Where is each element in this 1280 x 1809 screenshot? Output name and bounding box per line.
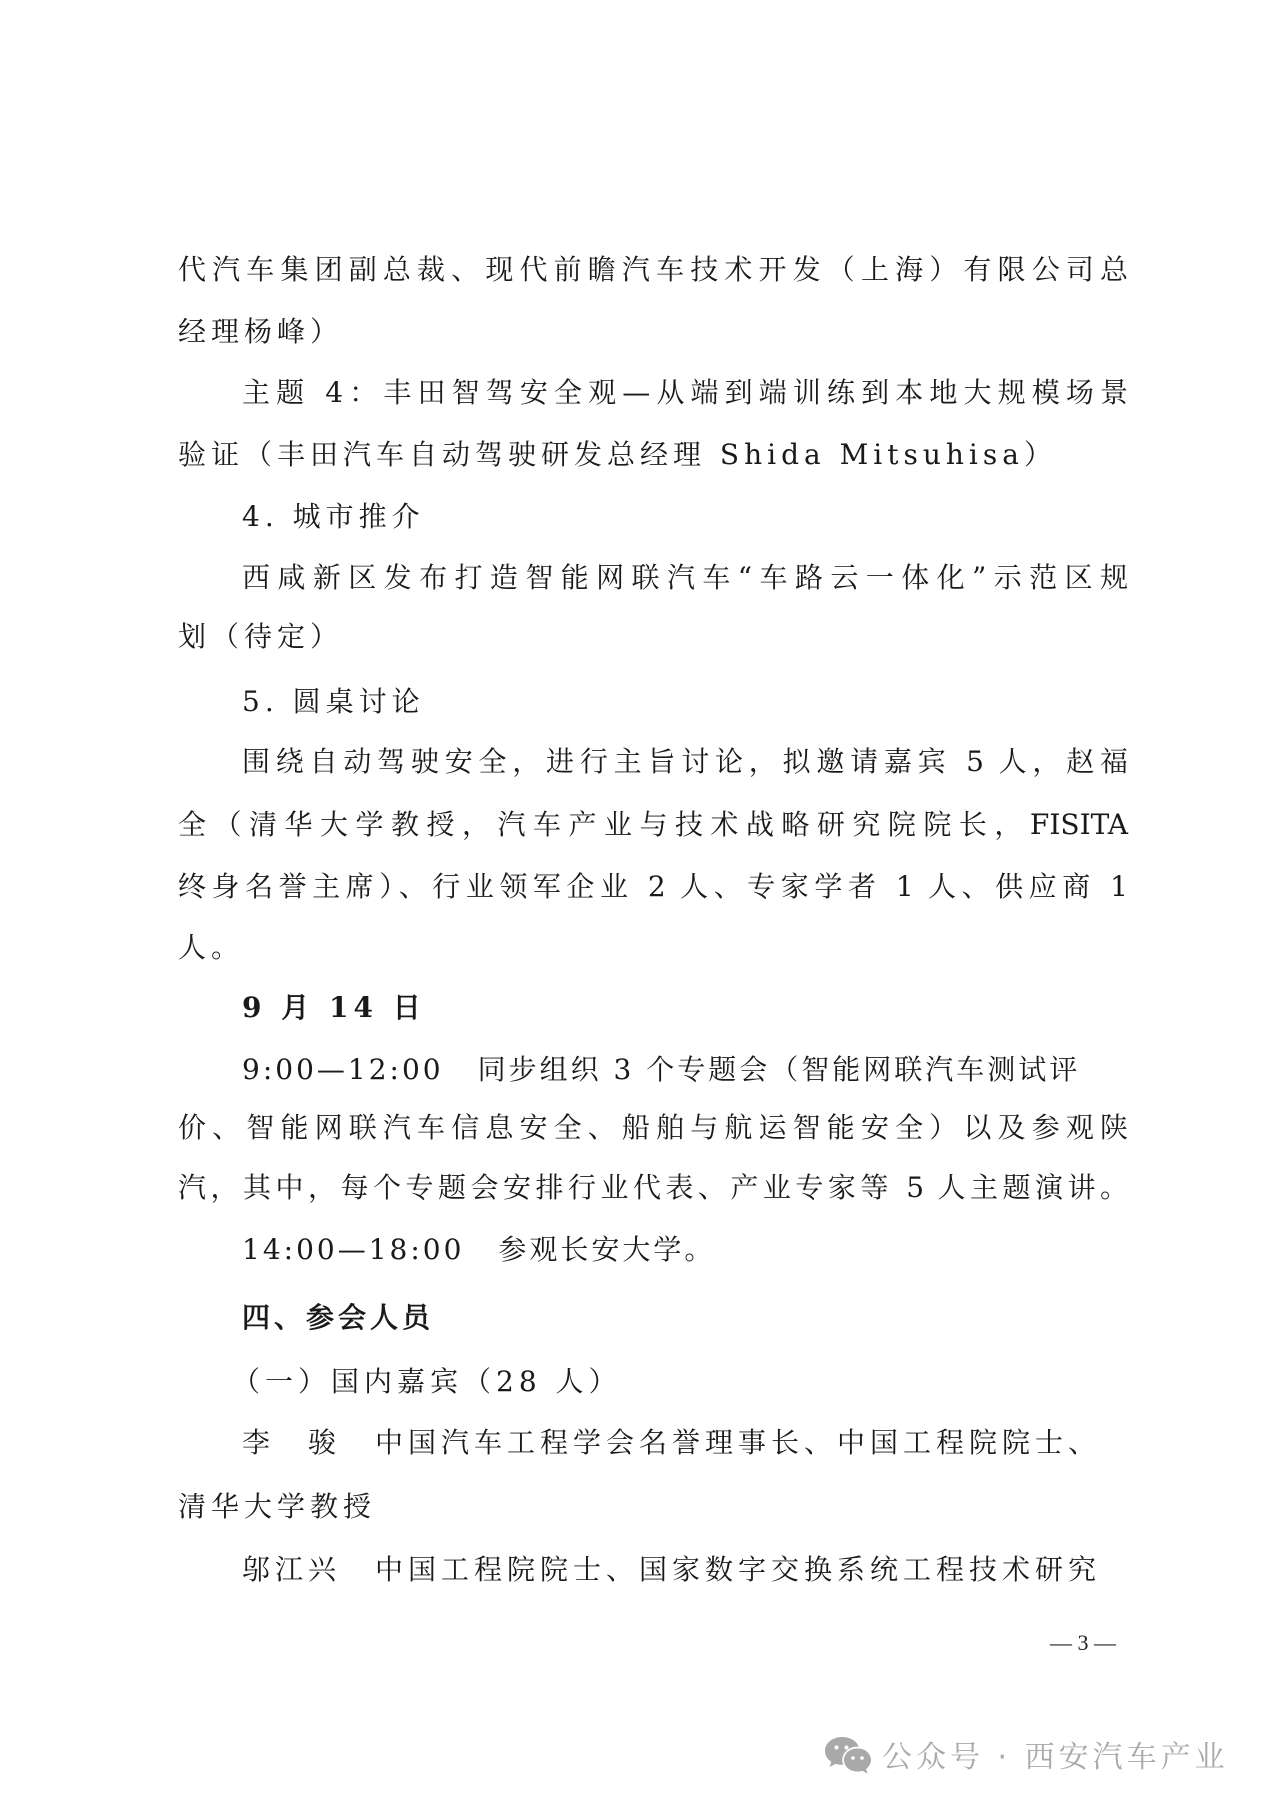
schedule-desc: 同步组织 3 个专题会（智能网联汽车测试评 (478, 1053, 1081, 1086)
text-line: 经理杨峰） (178, 312, 1128, 352)
item-roundtable-heading: 5. 圆桌讨论 (242, 682, 1128, 722)
text-line: 围绕自动驾驶安全，进行主旨讨论，拟邀请嘉宾 5 人，赵福 (242, 742, 1128, 782)
schedule-time: 14:00—18:00 (242, 1233, 464, 1266)
text-line: 清华大学教授 (178, 1487, 1128, 1527)
text-line: 汽，其中，每个专题会安排行业代表、产业专家等 5 人主题演讲。 (178, 1168, 1128, 1208)
guest-row: 李 骏中国汽车工程学会名誉理事长、中国工程院院士、 (242, 1423, 1128, 1463)
subsection-heading: （一）国内嘉宾（28 人） (232, 1362, 1118, 1402)
text-line: 价、智能网联汽车信息安全、船舶与航运智能安全）以及参观陕 (178, 1108, 1128, 1148)
text-line: 代汽车集团副总裁、现代前瞻汽车技术开发（上海）有限公司总 (178, 250, 1128, 290)
wechat-icon (824, 1735, 872, 1781)
watermark-text: 公众号 · 西安汽车产业 (882, 1736, 1229, 1780)
guest-name: 邬江兴 (242, 1553, 341, 1586)
item-city-promotion-heading: 4. 城市推介 (242, 497, 1128, 537)
document-page: 代汽车集团副总裁、现代前瞻汽车技术开发（上海）有限公司总 经理杨峰） 主题 4：… (0, 0, 1280, 1809)
text-line: 西咸新区发布打造智能网联汽车“车路云一体化”示范区规 (242, 558, 1128, 598)
page-number: — 3 — (1046, 1628, 1120, 1658)
text-line: 验证（丰田汽车自动驾驶研发总经理 Shida Mitsuhisa） (178, 435, 1128, 475)
topic-4-line: 主题 4：丰田智驾安全观—从端到端训练到本地大规模场景 (242, 373, 1128, 413)
text-line: 全（清华大学教授，汽车产业与技术战略研究院院长，FISITA (178, 805, 1128, 845)
guest-name: 李 骏 (242, 1426, 341, 1459)
schedule-row-afternoon: 14:00—18:00参观长安大学。 (242, 1230, 1128, 1270)
guest-title: 中国工程院院士、国家数字交换系统工程技术研究 (375, 1553, 1101, 1586)
schedule-row-morning: 9:00—12:00同步组织 3 个专题会（智能网联汽车测试评 (242, 1050, 1128, 1090)
watermark: 公众号 · 西安汽车产业 (824, 1736, 1229, 1780)
text-line: 人。 (178, 928, 1128, 968)
schedule-time: 9:00—12:00 (242, 1053, 444, 1086)
guest-title: 中国汽车工程学会名誉理事长、中国工程院院士、 (375, 1426, 1101, 1459)
text-line: 终身名誉主席）、行业领军企业 2 人、专家学者 1 人、供应商 1 (178, 867, 1128, 907)
guest-row: 邬江兴中国工程院院士、国家数字交换系统工程技术研究 (242, 1550, 1128, 1590)
section-heading: 四、参会人员 (242, 1298, 1128, 1338)
day-heading: 9 月 14 日 (242, 988, 1128, 1028)
text-line: 划（待定） (178, 617, 1128, 657)
schedule-desc: 参观长安大学。 (498, 1233, 715, 1266)
